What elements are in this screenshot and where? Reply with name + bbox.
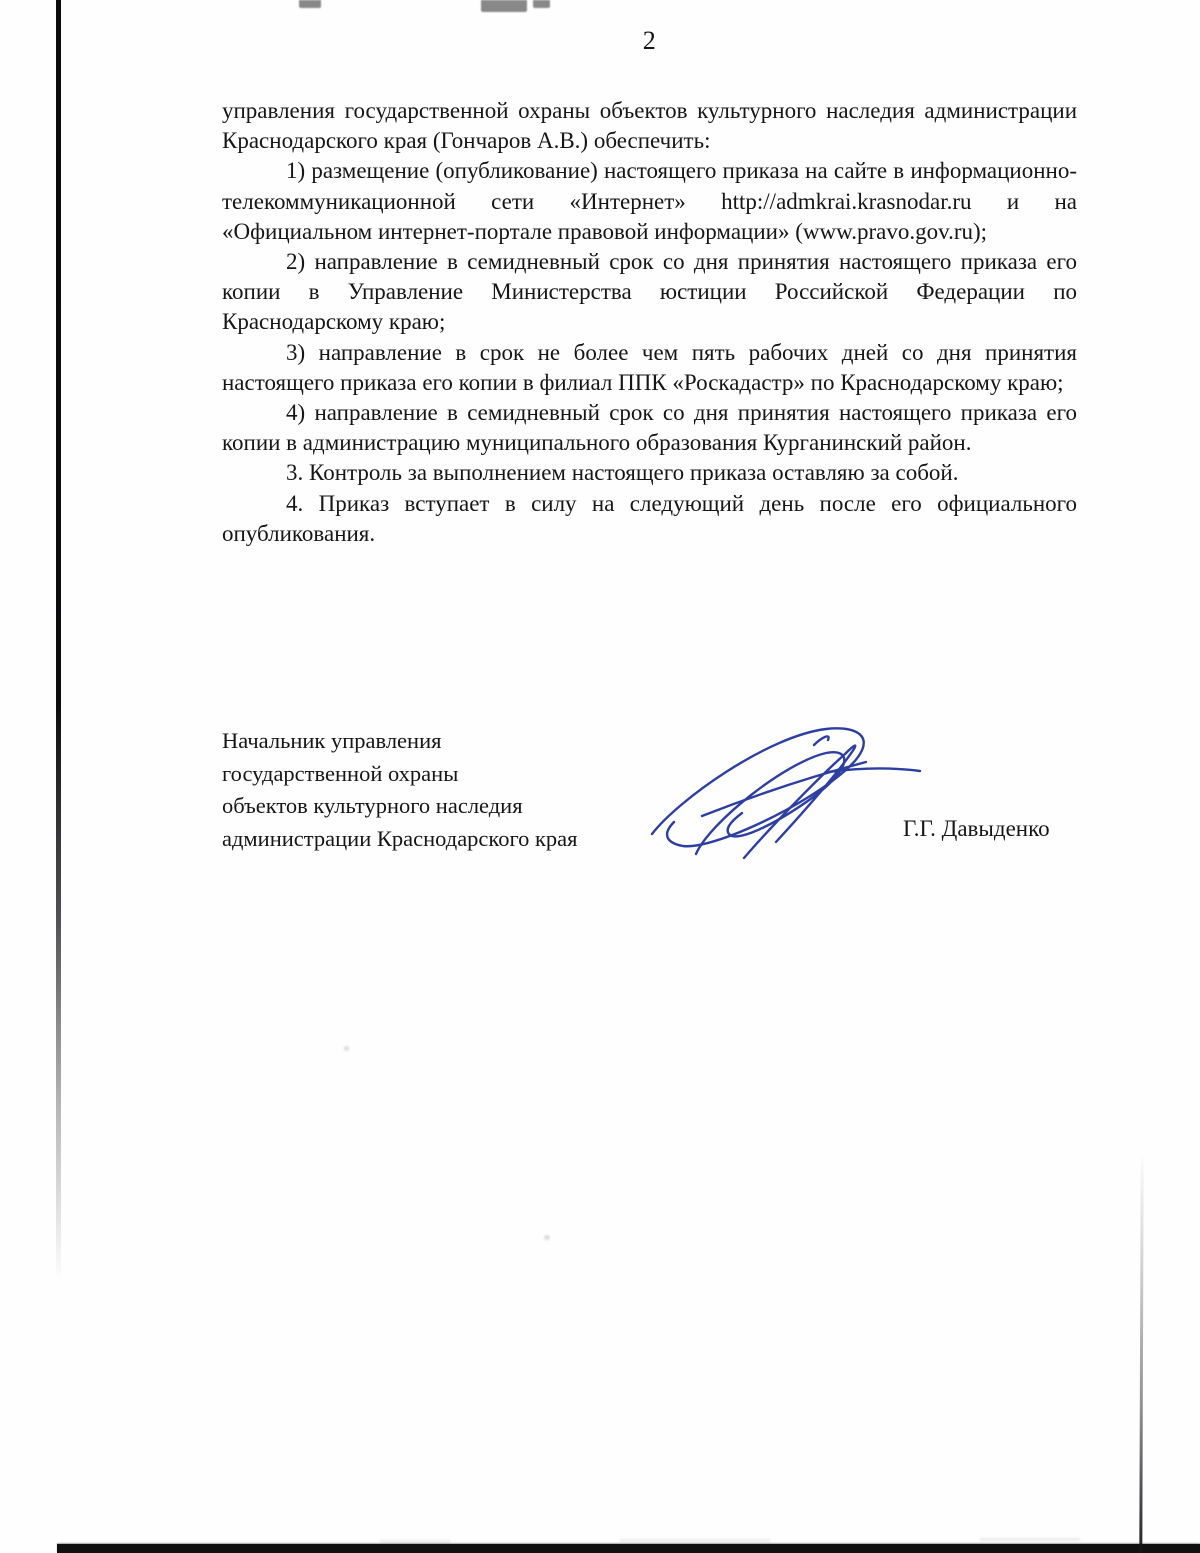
scan-top-cutoff-glyphs [481, 0, 527, 12]
signature-position-line: объектов культурного наследия [222, 790, 682, 823]
handwritten-signature [638, 718, 938, 866]
scan-left-edge-line [56, 0, 61, 1280]
scan-smudge [980, 1538, 1080, 1541]
paragraph-item-4: 4) направление в семидневный срок со дня… [222, 398, 1077, 458]
signer-name: Г.Г. Давыденко [903, 816, 1050, 842]
page-number: 2 [222, 26, 1077, 56]
paragraph-item-3: 3) направление в срок не более чем пять … [222, 338, 1077, 398]
signature-position-block: Начальник управления государственной охр… [222, 725, 682, 855]
paragraph-point-4: 4. Приказ вступает в силу на следующий д… [222, 489, 1077, 549]
scan-speck [544, 1235, 550, 1240]
paragraph-continuation: управления государственной охраны объект… [222, 96, 1077, 156]
document-body: управления государственной охраны объект… [222, 96, 1077, 549]
paragraph-point-3: 3. Контроль за выполнением настоящего пр… [222, 458, 1077, 488]
signature-position-line: Начальник управления [222, 725, 682, 758]
scan-smudge [380, 1540, 450, 1543]
scan-top-cutoff-glyphs [299, 0, 321, 8]
scan-bottom-edge-bar [57, 1544, 1200, 1553]
paragraph-item-1: 1) размещение (опубликование) настоящего… [222, 156, 1077, 247]
signature-position-line: государственной охраны [222, 758, 682, 791]
scan-right-crease-line [1139, 1150, 1143, 1553]
scan-top-cutoff-glyphs [533, 0, 550, 8]
scan-smudge [620, 1539, 770, 1542]
scanned-document-page: 2 управления государственной охраны объе… [0, 0, 1200, 1553]
scan-speck [344, 1046, 349, 1051]
paragraph-item-2: 2) направление в семидневный срок со дня… [222, 247, 1077, 338]
signature-position-line: администрации Краснодарского края [222, 823, 682, 856]
